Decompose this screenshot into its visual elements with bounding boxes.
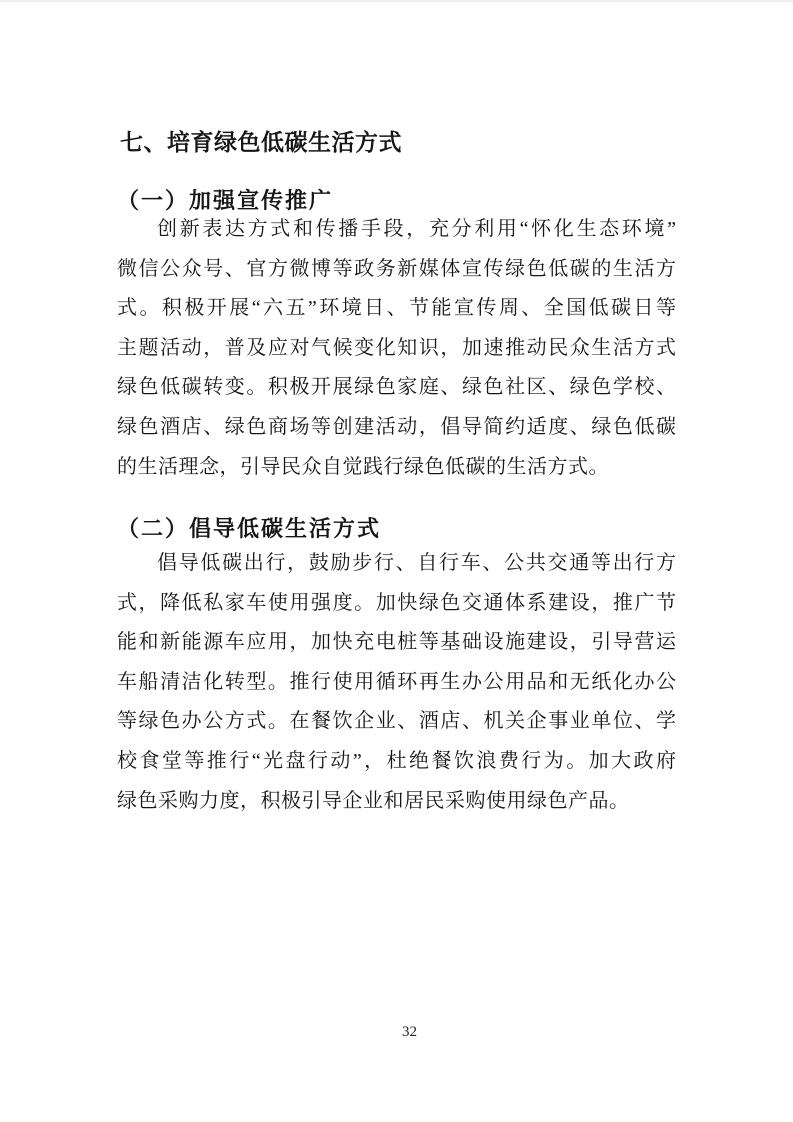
text-line: 微信公众号、官方微博等政务新媒体宣传绿色低碳的生活方 xyxy=(117,250,676,290)
page-title: 七、培育绿色低碳生活方式 xyxy=(120,125,402,159)
text-line: 创新表达方式和传播手段，充分利用“怀化生态环境” xyxy=(117,210,676,250)
text-line: 式，降低私家车使用强度。加快绿色交通体系建设，推广节 xyxy=(117,584,676,624)
text-line: 绿色酒店、绿色商场等创建活动，倡导简约适度、绿色低碳 xyxy=(117,408,676,448)
text-line: 绿色低碳转变。积极开展绿色家庭、绿色社区、绿色学校、 xyxy=(117,368,676,408)
text-line: 的生活理念，引导民众自觉践行绿色低碳的生活方式。 xyxy=(117,448,676,488)
section-heading-2: （二）倡导低碳生活方式 xyxy=(117,513,381,545)
text-line: 等绿色办公方式。在餐饮企业、酒店、机关企事业单位、学 xyxy=(117,702,676,742)
document-page: 七、培育绿色低碳生活方式 （一）加强宣传推广 创新表达方式和传播手段，充分利用“… xyxy=(0,0,793,1122)
text-line: 能和新能源车应用，加快充电桩等基础设施建设，引导营运 xyxy=(117,623,676,663)
text-line: 倡导低碳出行，鼓励步行、自行车、公共交通等出行方 xyxy=(117,544,676,584)
page-number: 32 xyxy=(0,1024,793,1041)
text-line: 式。积极开展“六五”环境日、节能宣传周、全国低碳日等 xyxy=(117,289,676,329)
text-line: 校食堂等推行“光盘行动”，杜绝餐饮浪费行为。加大政府 xyxy=(117,742,676,782)
text-line: 车船清洁化转型。推行使用循环再生办公用品和无纸化办公 xyxy=(117,663,676,703)
text-line: 绿色采购力度，积极引导企业和居民采购使用绿色产品。 xyxy=(117,782,676,822)
paragraph-1: 创新表达方式和传播手段，充分利用“怀化生态环境” 微信公众号、官方微博等政务新媒… xyxy=(117,210,676,487)
text-line: 主题活动，普及应对气候变化知识，加速推动民众生活方式 xyxy=(117,329,676,369)
paragraph-2: 倡导低碳出行，鼓励步行、自行车、公共交通等出行方 式，降低私家车使用强度。加快绿… xyxy=(117,544,676,821)
